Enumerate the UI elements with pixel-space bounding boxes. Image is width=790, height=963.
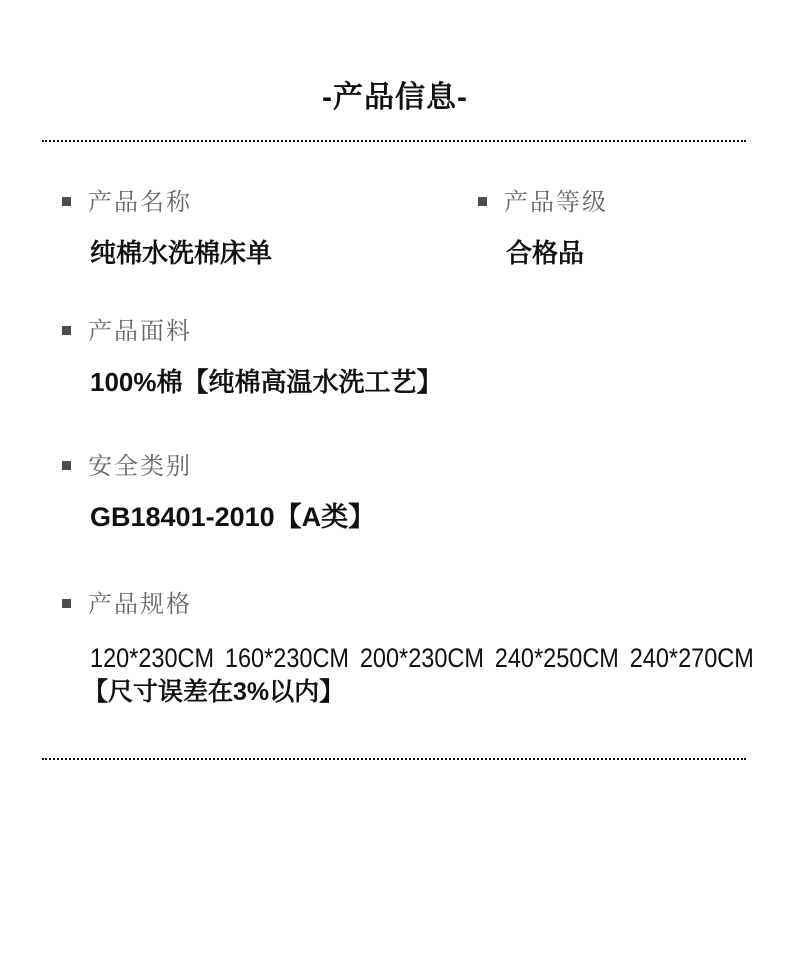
product-name-value: 纯棉水洗棉床单 bbox=[90, 237, 478, 269]
square-bullet-icon bbox=[478, 197, 487, 206]
square-bullet-icon bbox=[62, 599, 71, 608]
product-spec-tolerance-note: 【尺寸误差在3%以内】 bbox=[83, 677, 760, 707]
square-bullet-icon bbox=[62, 197, 71, 206]
square-bullet-icon bbox=[62, 461, 71, 470]
product-info-page: -产品信息- 产品名称 纯棉水洗棉床单 产品等级 合格品 bbox=[0, 0, 790, 963]
row-name-grade: 产品名称 纯棉水洗棉床单 产品等级 合格品 bbox=[62, 188, 760, 269]
product-fabric-label: 产品面料 bbox=[88, 317, 192, 347]
square-bullet-icon bbox=[62, 326, 71, 335]
section-product-fabric: 产品面料 100%棉【纯棉高温水洗工艺】 bbox=[62, 317, 760, 398]
top-divider bbox=[42, 140, 746, 142]
page-title: -产品信息- bbox=[0, 0, 790, 116]
safety-category-value: GB18401-2010【A类】 bbox=[90, 501, 760, 533]
product-name-label-row: 产品名称 bbox=[62, 188, 478, 218]
safety-category-label-row: 安全类别 bbox=[62, 452, 760, 482]
section-product-name: 产品名称 纯棉水洗棉床单 bbox=[62, 188, 478, 269]
safety-category-label: 安全类别 bbox=[88, 452, 192, 482]
section-product-grade: 产品等级 合格品 bbox=[478, 188, 760, 269]
section-safety-category: 安全类别 GB18401-2010【A类】 bbox=[62, 452, 760, 533]
sections-container: 产品名称 纯棉水洗棉床单 产品等级 合格品 产品面料 100%棉【纯棉高温水洗工… bbox=[0, 188, 790, 707]
product-grade-label: 产品等级 bbox=[504, 188, 608, 218]
product-grade-value: 合格品 bbox=[506, 237, 760, 269]
product-grade-label-row: 产品等级 bbox=[478, 188, 760, 218]
product-name-label: 产品名称 bbox=[88, 188, 192, 218]
section-product-spec: 产品规格 120*230CM 160*230CM 200*230CM 240*2… bbox=[62, 590, 760, 707]
bottom-divider bbox=[42, 758, 746, 760]
product-fabric-label-row: 产品面料 bbox=[62, 317, 760, 347]
product-spec-sizes: 120*230CM 160*230CM 200*230CM 240*250CM … bbox=[90, 641, 760, 675]
product-spec-label: 产品规格 bbox=[88, 590, 192, 620]
product-spec-sizes-text: 120*230CM 160*230CM 200*230CM 240*250CM … bbox=[90, 641, 754, 675]
product-fabric-value: 100%棉【纯棉高温水洗工艺】 bbox=[90, 366, 760, 398]
product-spec-label-row: 产品规格 bbox=[62, 590, 760, 620]
